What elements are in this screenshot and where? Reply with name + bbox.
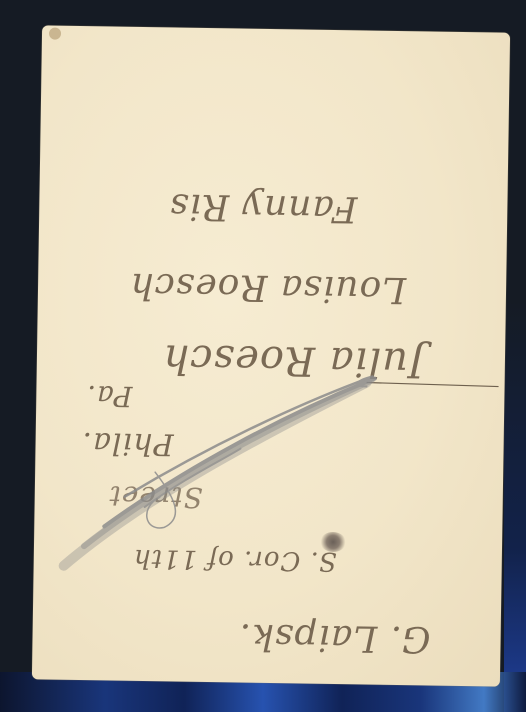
background-right-edge [504,300,526,712]
ink-ruled-line [367,383,499,387]
handwritten-card: G. Laipsk. S. Cor. of 11th Street Phila.… [32,25,510,686]
pencil-scribble [32,25,510,686]
ink-smudge [320,532,346,552]
